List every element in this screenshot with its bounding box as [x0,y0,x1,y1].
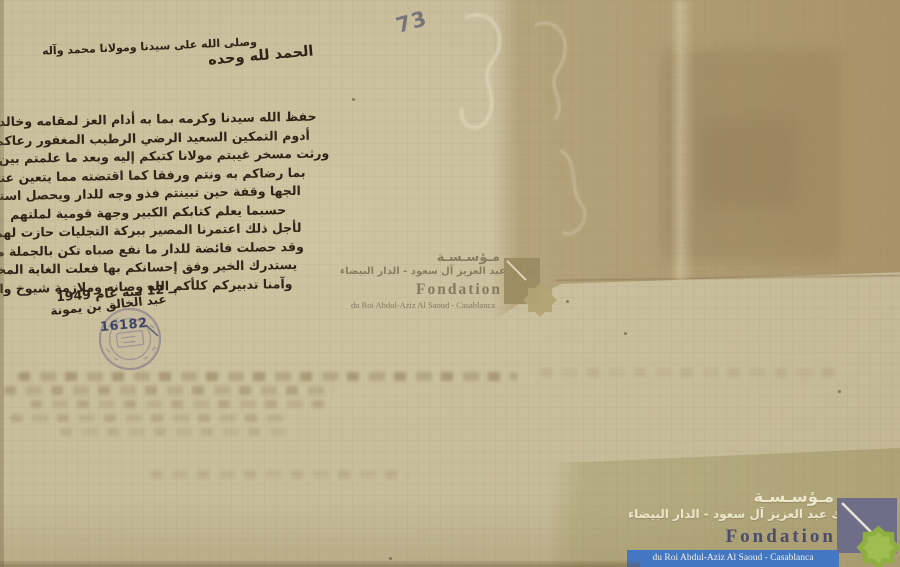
watermark-center: مـؤسـسـة الملك عبد العزيز آل سعود - الدا… [338,248,568,318]
watermark-line-fr: du Roi Abdul-Aziz Al Saoud - Casablanca [338,300,508,310]
watermark-line-ar: الملك عبد العزيز آل سعود - الدار البيضاء [340,266,504,277]
paper-speck [838,390,841,393]
ink-bleedthrough-row [30,400,330,408]
watermark-name-fr: Fondation [416,281,500,299]
corner-line-fr: du Roi Abdul-Aziz Al Saoud - Casablanca [627,550,839,567]
corner-name-ar: مـؤسـسـة [728,487,834,506]
circular-stamp-icon [90,303,170,383]
paper-speck [352,98,355,101]
ink-bleedthrough-row [540,368,840,377]
corner-blue-band: du Roi Abdul-Aziz Al Saoud - Casablanca [627,550,839,567]
watermark-name-ar: مـؤسـسـة [416,250,500,265]
letter-body: حفظ الله سيدنا وكرمه بما به أدام العز لم… [24,107,333,297]
foundation-logo-icon [836,496,900,567]
ink-bleedthrough-row [10,414,290,422]
ink-bleedthrough-row [4,386,334,395]
left-scan-edge [0,0,4,567]
ink-bleedthrough-row [60,428,290,436]
foundation-logo-watermark-icon [500,256,560,318]
folio-number: 73 [393,6,430,38]
scanned-document-page: 73 الحمد لله وحده وصلى الله على سيدنا وم… [0,0,900,567]
vertical-crease [670,0,696,280]
ink-bleedthrough-row [150,470,410,479]
bottom-scan-edge [0,560,640,567]
paper-speck [624,332,627,335]
corner-line-ar: الملك عبد العزيز آل سعود - الدار البيضاء [628,507,838,521]
paper-stain-dark [700,120,795,205]
corner-name-fr: Fondation [698,526,836,548]
showthrough-scribbles [440,0,615,270]
star-icon [523,283,557,317]
